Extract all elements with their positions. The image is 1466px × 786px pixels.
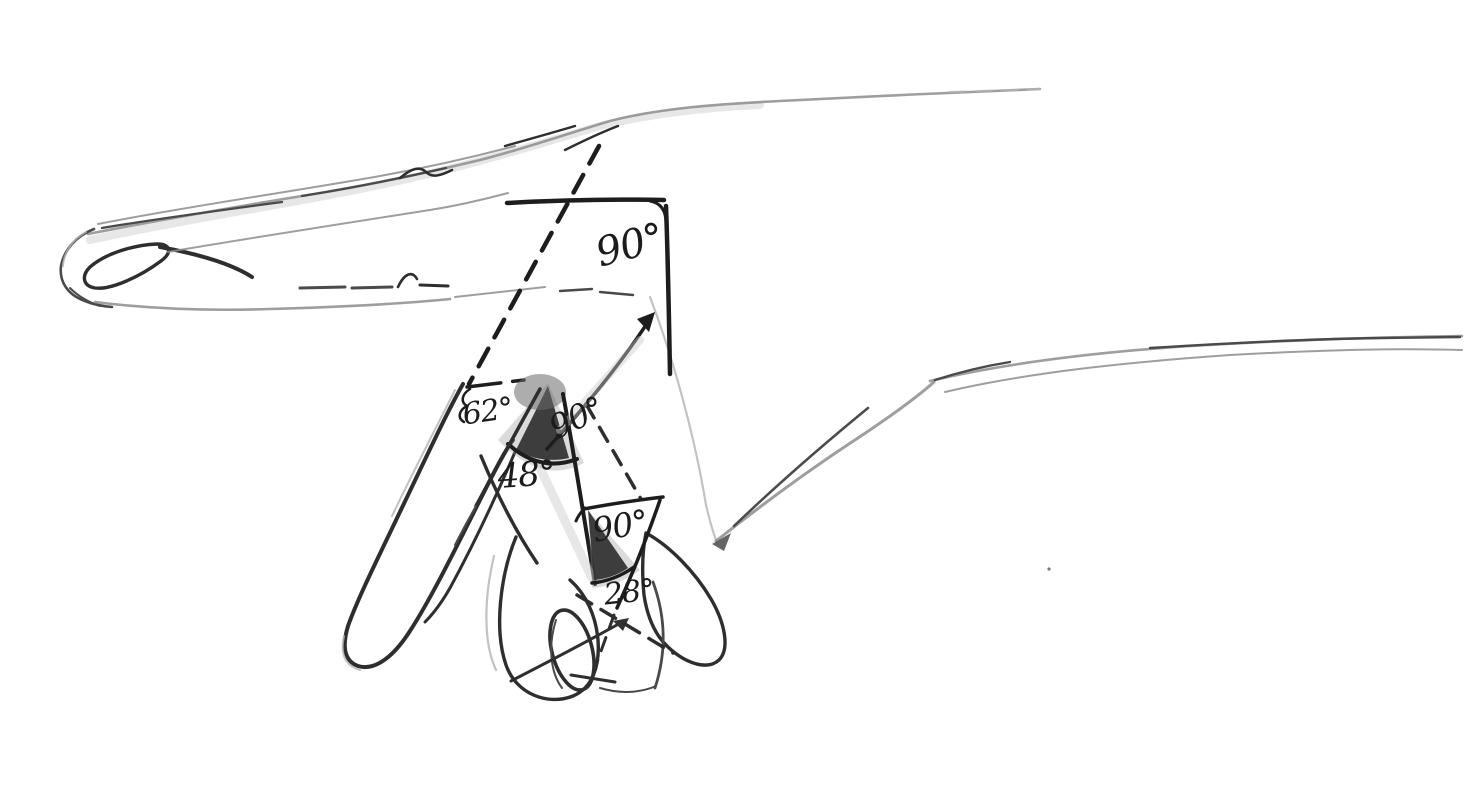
sketch-stroke <box>98 146 515 224</box>
square-vertical-line <box>666 206 670 374</box>
sketch-stroke <box>102 202 282 228</box>
thumb-outline <box>343 384 537 670</box>
ne-arrowhead <box>637 312 655 332</box>
sketch-stroke <box>600 686 656 692</box>
angle-label-low-90: 90° <box>589 502 650 550</box>
sketch-stroke <box>1150 337 1460 348</box>
stray-dot <box>1047 567 1050 570</box>
curled-ring-finger <box>643 533 725 688</box>
sketch-stroke <box>95 299 450 310</box>
wrist-contour <box>712 336 1462 571</box>
angle-label-48: 48° <box>495 453 556 497</box>
sketch-stroke <box>392 390 455 516</box>
angle-label-28: 28° <box>601 573 656 613</box>
dashed-top-edge <box>467 380 524 387</box>
sketch-page: 90° 62° 90° 48° 90° 28° <box>0 0 1466 786</box>
angle-label-top-90: 90° <box>591 214 668 276</box>
sketch-stroke <box>600 292 633 295</box>
angle-labels: 90° 62° 90° 48° 90° 28° <box>460 214 668 612</box>
sketch-stroke <box>734 408 868 526</box>
sketch-stroke <box>420 285 448 286</box>
hand-top-contour <box>88 89 1040 240</box>
finger-loop <box>643 533 725 665</box>
sketch-stroke <box>63 232 86 266</box>
wrist-web-line <box>716 382 934 541</box>
nail-outline <box>84 244 168 288</box>
square-horizontal-line <box>507 200 664 203</box>
sketch-stroke <box>300 287 345 288</box>
angle-label-62: 62° <box>460 391 515 433</box>
sketch-stroke <box>945 349 1462 392</box>
finger-bottom-contour <box>95 274 633 310</box>
sketch-stroke <box>455 506 476 545</box>
hand-angle-sketch-figure: 90° 62° 90° 48° 90° 28° <box>0 0 1466 786</box>
sketch-stroke <box>511 621 624 681</box>
sketch-stroke <box>398 274 417 287</box>
sketch-stroke <box>455 287 545 297</box>
sketch-stroke <box>352 287 392 288</box>
sketch-stroke <box>486 556 496 670</box>
dashed-axis-line <box>469 146 599 384</box>
sketch-stroke <box>560 289 592 291</box>
